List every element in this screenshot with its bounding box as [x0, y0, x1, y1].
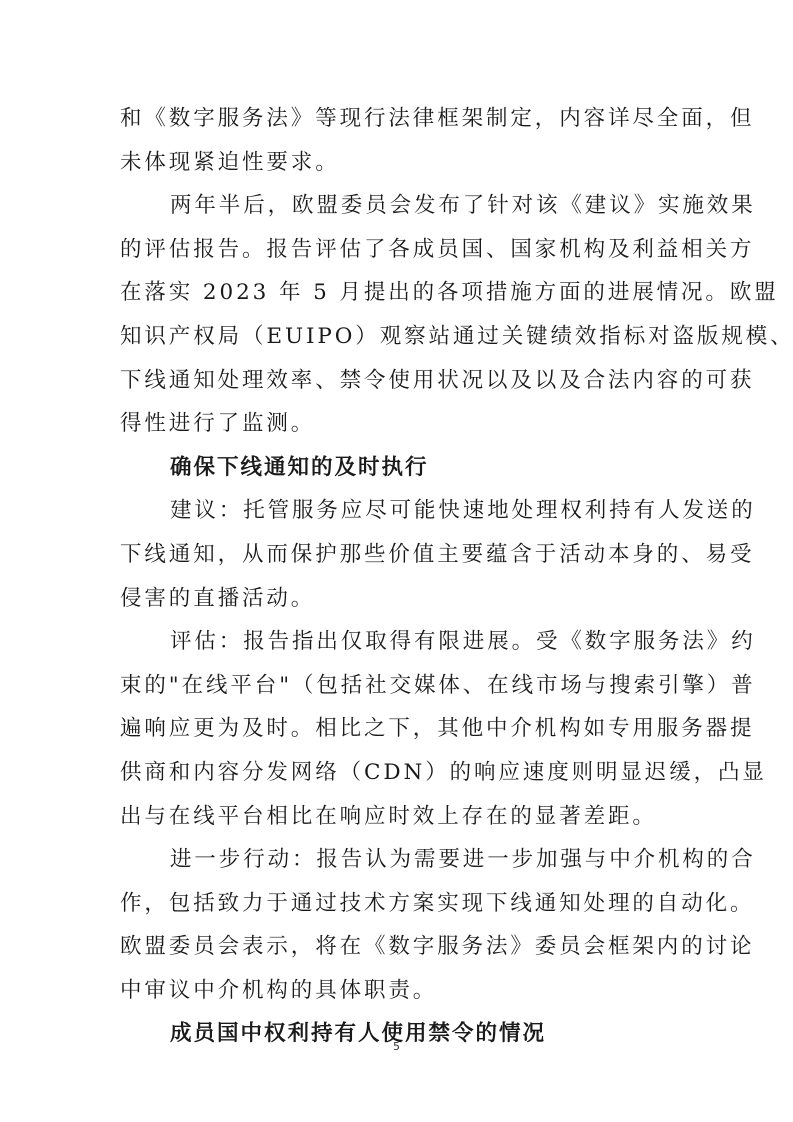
- body-line: 得性进行了监测。: [120, 402, 676, 446]
- body-line: 在落实 2023 年 5 月提出的各项措施方面的进展情况。欧盟: [120, 271, 676, 315]
- section-heading: 确保下线通知的及时执行: [120, 446, 676, 490]
- body-line: 下线通知，从而保护那些价值主要蕴含于活动本身的、易受: [120, 533, 676, 577]
- body-line: 知识产权局（EUIPO）观察站通过关键绩效指标对盗版规模、: [120, 315, 676, 359]
- body-line: 未体现紧迫性要求。: [120, 141, 676, 185]
- body-line: 中审议中介机构的具体职责。: [120, 969, 676, 1013]
- body-line: 束的"在线平台"（包括社交媒体、在线市场与搜索引擎）普: [120, 664, 676, 708]
- paragraph-start-line: 进一步行动：报告认为需要进一步加强与中介机构的合: [120, 838, 676, 882]
- body-line: 作，包括致力于通过技术方案实现下线通知处理的自动化。: [120, 882, 676, 926]
- body-line: 供商和内容分发网络（CDN）的响应速度则明显迟缓，凸显: [120, 751, 676, 795]
- paragraph-start-line: 建议：托管服务应尽可能快速地处理权利持有人发送的: [120, 489, 676, 533]
- document-page: 和《数字服务法》等现行法律框架制定，内容详尽全面，但 未体现紧迫性要求。 两年半…: [120, 97, 676, 1056]
- paragraph-start-line: 两年半后，欧盟委员会发布了针对该《建议》实施效果: [120, 184, 676, 228]
- paragraph-start-line: 评估：报告指出仅取得有限进展。受《数字服务法》约: [120, 620, 676, 664]
- body-line: 的评估报告。报告评估了各成员国、国家机构及利益相关方: [120, 228, 676, 272]
- body-line: 欧盟委员会表示，将在《数字服务法》委员会框架内的讨论: [120, 925, 676, 969]
- body-line: 遍响应更为及时。相比之下，其他中介机构如专用服务器提: [120, 707, 676, 751]
- page-number: 5: [0, 1040, 793, 1053]
- body-line: 下线通知处理效率、禁令使用状况以及以及合法内容的可获: [120, 359, 676, 403]
- body-line: 和《数字服务法》等现行法律框架制定，内容详尽全面，但: [120, 97, 676, 141]
- body-line: 侵害的直播活动。: [120, 577, 676, 621]
- body-line: 出与在线平台相比在响应时效上存在的显著差距。: [120, 795, 676, 839]
